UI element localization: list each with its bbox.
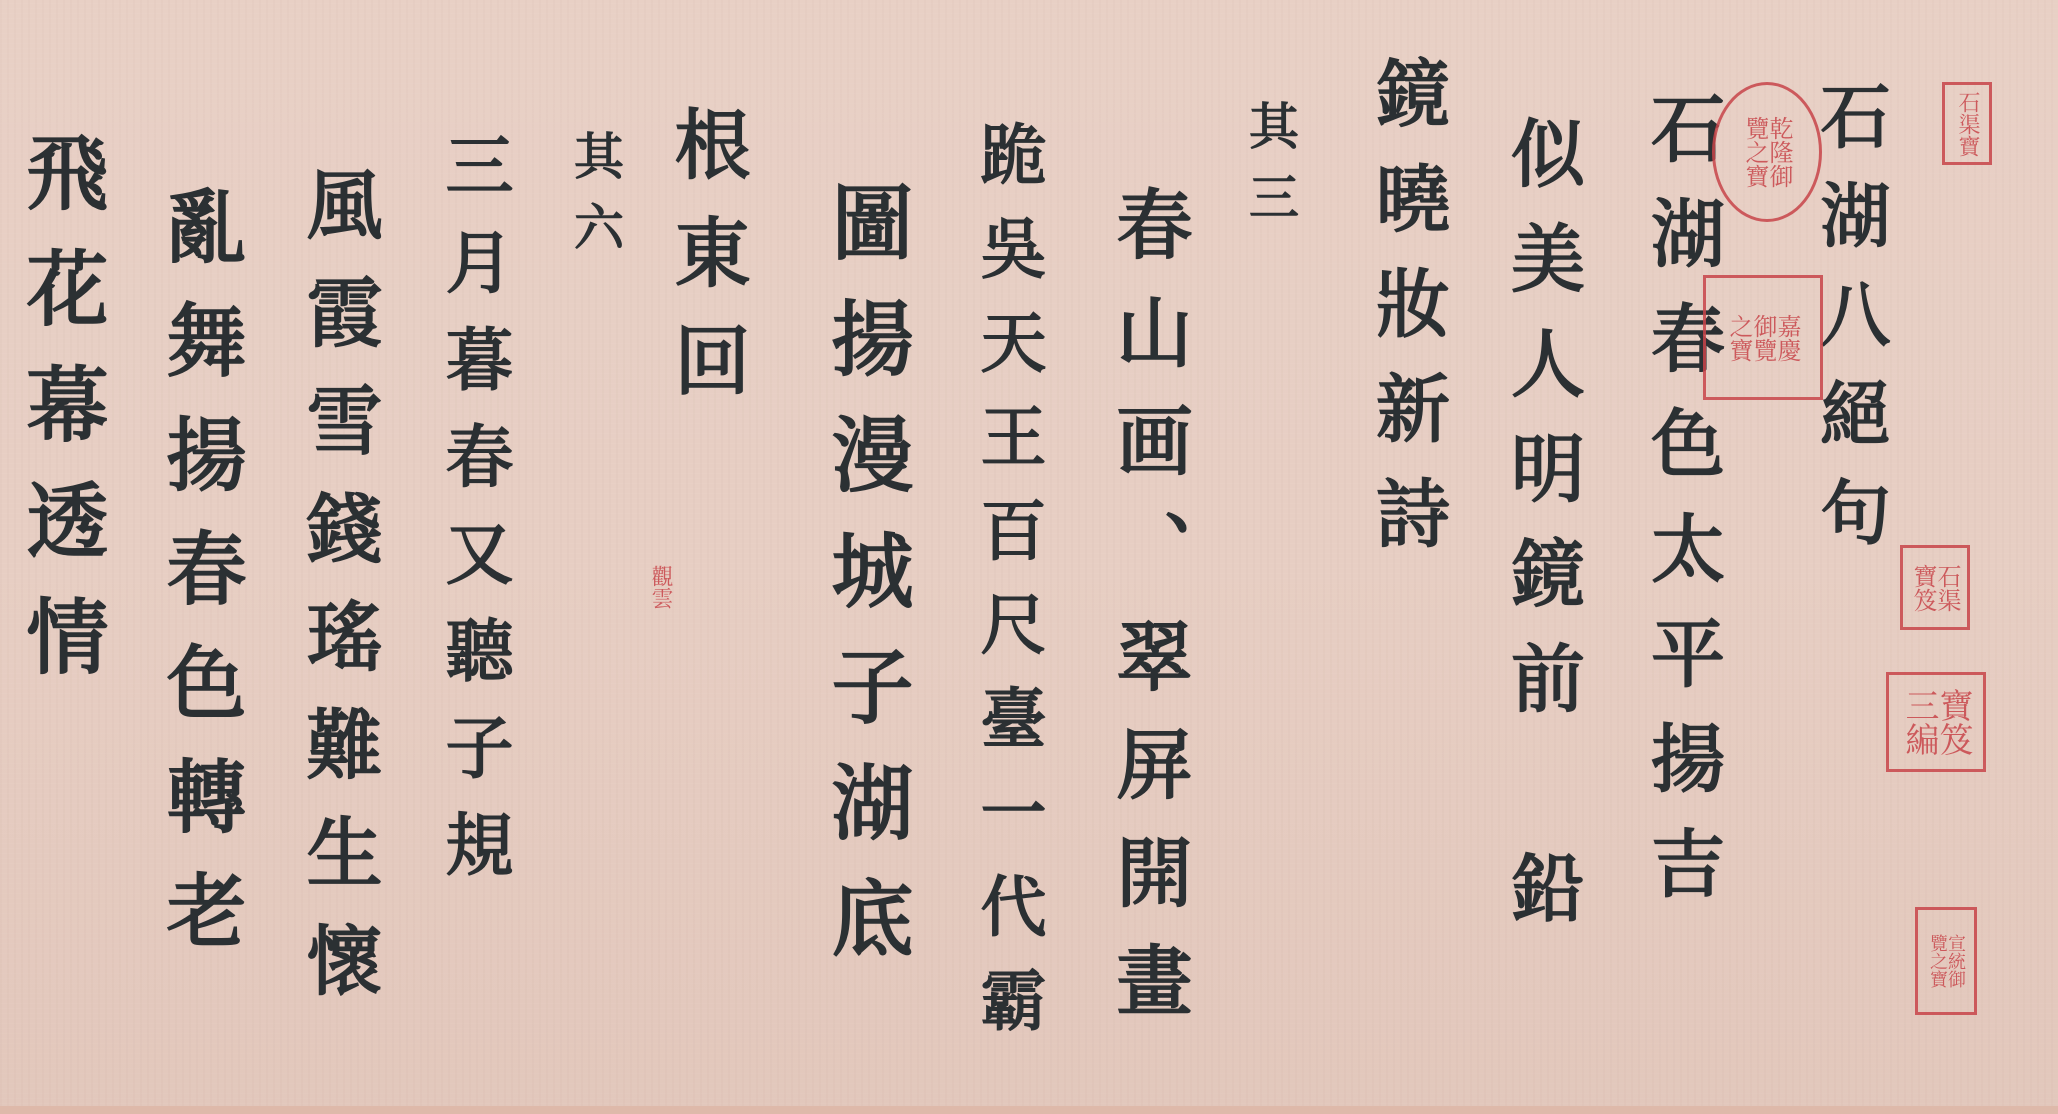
calligraphy-column: 似美人明鏡前 鉛	[1505, 115, 1579, 955]
seal-character: 寶	[1936, 688, 1970, 722]
calligraphy-column: 春山画、翠屏開畫	[1110, 185, 1186, 1049]
seal-character: 隆	[1767, 140, 1791, 164]
seal-character: 寶	[1743, 164, 1767, 188]
seal-character: 之	[1743, 140, 1767, 164]
calligraphy-column: 飛花幕透情	[20, 130, 102, 710]
calligraphy-scroll: 石湖八絕句石湖春色太平揚吉似美人明鏡前 鉛鏡曉妝新詩其三春山画、翠屏開畫跪吳天王…	[0, 0, 2058, 1114]
calligraphy-column: 其六	[570, 130, 620, 272]
red-seal-stamp: 乾隆御覽之寶	[1712, 82, 1822, 222]
calligraphy-column: 跪吳天王百尺臺一代霸	[975, 120, 1041, 1060]
seal-character: 覽	[1751, 338, 1775, 362]
seal-character: 慶	[1775, 338, 1799, 362]
calligraphy-column: 風霞雪錢瑤難生懷	[300, 165, 376, 1029]
seal-character: 寶	[1956, 135, 1978, 157]
calligraphy-column: 其三	[1245, 100, 1295, 242]
seal-character: 寶	[1928, 970, 1946, 988]
seal-character: 寶	[1911, 564, 1935, 588]
seal-character: 御	[1946, 970, 1964, 988]
seal-character: 觀	[649, 565, 671, 587]
seal-character: 笈	[1911, 588, 1935, 612]
seal-character: 御	[1751, 314, 1775, 338]
calligraphy-column: 鏡曉妝新詩	[1370, 55, 1444, 580]
seal-character: 御	[1767, 164, 1791, 188]
red-seal-stamp: 石渠寶	[1942, 82, 1992, 165]
calligraphy-column: 根東回	[668, 105, 744, 429]
red-seal-stamp: 宣統御覽之寶	[1915, 907, 1977, 1015]
seal-character: 渠	[1956, 113, 1978, 135]
seal-character: 寶	[1727, 338, 1751, 362]
seal-character: 乾	[1767, 116, 1791, 140]
seal-character: 覽	[1928, 934, 1946, 952]
seal-character: 統	[1946, 952, 1964, 970]
calligraphy-column: 石湖春色太平揚吉	[1645, 90, 1719, 930]
seal-character: 雲	[649, 587, 671, 609]
calligraphy-column: 圖揚漫城子湖底	[825, 180, 907, 992]
red-seal-stamp: 寶笈三編	[1886, 672, 1986, 772]
seal-character: 編	[1902, 722, 1936, 756]
red-seal-stamp: 觀雲	[645, 557, 675, 617]
seal-character: 石	[1956, 91, 1978, 113]
seal-character: 覽	[1743, 116, 1767, 140]
scroll-bottom-edge	[0, 1106, 2058, 1114]
seal-character: 宣	[1946, 934, 1964, 952]
red-seal-stamp: 石渠寶笈	[1900, 545, 1970, 630]
seal-character: 之	[1727, 314, 1751, 338]
calligraphy-column: 石湖八絕句	[1815, 80, 1885, 575]
seal-character: 三	[1902, 688, 1936, 722]
seal-character: 石	[1935, 564, 1959, 588]
seal-character: 之	[1928, 952, 1946, 970]
seal-character: 渠	[1935, 588, 1959, 612]
seal-character: 嘉	[1775, 314, 1799, 338]
calligraphy-column: 三月暮春又聽子規	[440, 130, 508, 906]
seal-character: 笈	[1936, 722, 1970, 756]
calligraphy-column: 亂舞揚春色轉老	[160, 185, 240, 983]
red-seal-stamp: 嘉慶御覽之寶	[1703, 275, 1823, 400]
